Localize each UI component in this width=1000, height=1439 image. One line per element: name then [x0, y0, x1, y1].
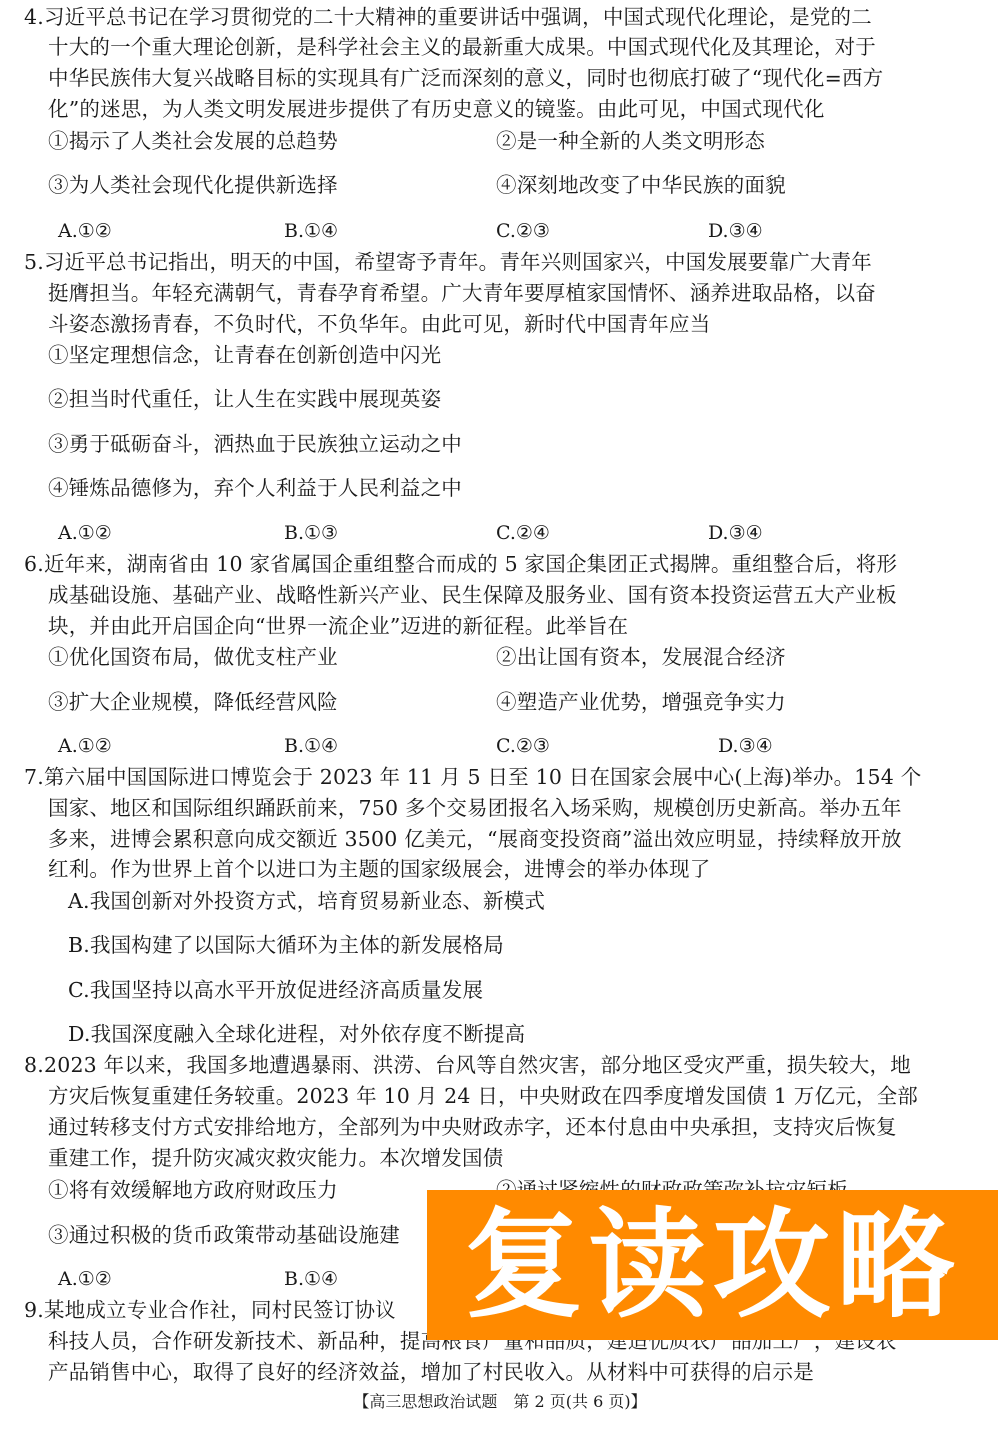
question-stem-line: 红利。作为世界上首个以进口为主题的国家级展会，进博会的举办体现了	[48, 856, 710, 882]
answer-choice-b: B.我国构建了以国际大循环为主体的新发展格局	[68, 932, 504, 958]
question-stem-line: 斗姿态激扬青春，不负时代，不负华年。由此可见，新时代中国青年应当	[48, 311, 710, 337]
answer-choice-c: C.②④	[496, 520, 550, 546]
answer-choice-d: D.③④	[708, 520, 763, 546]
question-stem-line: 成基础设施、基础产业、战略性新兴产业、民生保障及服务业、国有资本投资运营五大产业…	[48, 582, 897, 608]
statement-option: ③勇于砥砺奋斗，洒热血于民族独立运动之中	[48, 431, 462, 457]
statement-option: ①坚定理想信念，让青春在创新创造中闪光	[48, 342, 441, 368]
question-stem-line: 方灾后恢复重建任务较重。2023 年 10 月 24 日，中央财政在四季度增发国…	[48, 1083, 918, 1109]
statement-option: ①将有效缓解地方政府财政压力	[48, 1177, 338, 1203]
question-stem-line: 产品销售中心，取得了良好的经济效益，增加了村民收入。从材料中可获得的启示是	[48, 1359, 814, 1385]
answer-choice-b: B.①④	[284, 1266, 338, 1292]
question-stem-line: 7.第六届中国国际进口博览会于 2023 年 11 月 5 日至 10 日在国家…	[24, 764, 921, 790]
question-stem-line: 8.2023 年以来，我国多地遭遇暴雨、洪涝、台风等自然灾害，部分地区受灾严重，…	[24, 1052, 911, 1078]
statement-option: ①优化国资布局，做优支柱产业	[48, 644, 338, 670]
answer-choice-b: B.①③	[284, 520, 338, 546]
watermark-text: 复读攻略	[464, 1190, 960, 1340]
answer-choice-a: A.①②	[58, 1266, 112, 1292]
statement-option: ④深刻地改变了中华民族的面貌	[496, 172, 786, 198]
question-stem-line: 通过转移支付方式安排给地方，全部列为中央财政赤字，还本付息由中央承担，支持灾后恢…	[48, 1114, 897, 1140]
question-stem-line: 中华民族伟大复兴战略目标的实现具有广泛而深刻的意义，同时也彻底打破了“现代化=西…	[48, 65, 883, 91]
exam-page: 4.习近平总书记在学习贯彻党的二十大精神的重要讲话中强调，中国式现代化理论，是党…	[0, 0, 1000, 1439]
statement-option: ②是一种全新的人类文明形态	[496, 128, 765, 154]
answer-choice-d: D.③④	[708, 218, 763, 244]
statement-option: ②担当时代重任，让人生在实践中展现英姿	[48, 386, 441, 412]
answer-choice-d: D.我国深度融入全球化进程，对外依存度不断提高	[68, 1021, 525, 1047]
statement-option: ②出让国有资本，发展混合经济	[496, 644, 786, 670]
question-stem-line: 重建工作，提升防灾减灾救灾能力。本次增发国债	[48, 1145, 503, 1171]
answer-choice-c: C.②③	[496, 733, 550, 759]
statement-option: ③为人类社会现代化提供新选择	[48, 172, 338, 198]
question-stem-line: 4.习近平总书记在学习贯彻党的二十大精神的重要讲话中强调，中国式现代化理论，是党…	[24, 4, 872, 30]
question-stem-line: 5.习近平总书记指出，明天的中国，希望寄予青年。青年兴则国家兴，中国发展要靠广大…	[24, 249, 872, 275]
statement-option: ④塑造产业优势，增强竞争实力	[496, 689, 786, 715]
question-stem-line: 化”的迷思，为人类文明发展进步提供了有历史意义的镜鉴。由此可见，中国式现代化	[48, 96, 825, 122]
answer-choice-a: A.①②	[58, 520, 112, 546]
watermark-banner: 复读攻略	[427, 1190, 998, 1340]
statement-option: ③扩大企业规模，降低经营风险	[48, 689, 338, 715]
statement-option: ③通过积极的货币政策带动基础设施建	[48, 1222, 400, 1248]
answer-choice-d: D.③④	[718, 733, 773, 759]
answer-choice-c: C.我国坚持以高水平开放促进经济高质量发展	[68, 977, 483, 1003]
question-stem-line: 十大的一个重大理论创新，是科学社会主义的最新重大成果。中国式现代化及其理论，对于	[48, 34, 876, 60]
question-stem-line: 多来，进博会累积意向成交额近 3500 亿美元，“展商变投资商”溢出效应明显，持…	[48, 826, 902, 852]
question-stem-line: 9.某地成立专业合作社，同村民签订协议	[24, 1297, 396, 1323]
statement-option: ④锤炼品德修为，弃个人利益于人民利益之中	[48, 475, 462, 501]
answer-choice-b: B.①④	[284, 218, 338, 244]
answer-choice-c: C.②③	[496, 218, 550, 244]
question-stem-line: 国家、地区和国际组织踊跃前来，750 多个交易团报名入场采购，规模创历史新高。举…	[48, 795, 902, 821]
question-stem-line: 挺膺担当。年轻充满朝气，青春孕育希望。广大青年要厚植家国情怀、涵养进取品格，以奋	[48, 280, 876, 306]
answer-choice-a: A.①②	[58, 733, 112, 759]
answer-choice-b: B.①④	[284, 733, 338, 759]
answer-choice-a: A.我国创新对外投资方式，培育贸易新业态、新模式	[68, 888, 545, 914]
question-stem-line: 6.近年来，湖南省由 10 家省属国企重组整合而成的 5 家国企集团正式揭牌。重…	[24, 551, 897, 577]
answer-choice-a: A.①②	[58, 218, 112, 244]
page-footer: 【高三思想政治试题 第 2 页(共 6 页)】	[0, 1392, 1000, 1412]
question-stem-line: 块，并由此开启国企向“世界一流企业”迈进的新征程。此举旨在	[48, 613, 628, 639]
statement-option: ①揭示了人类社会发展的总趋势	[48, 128, 338, 154]
